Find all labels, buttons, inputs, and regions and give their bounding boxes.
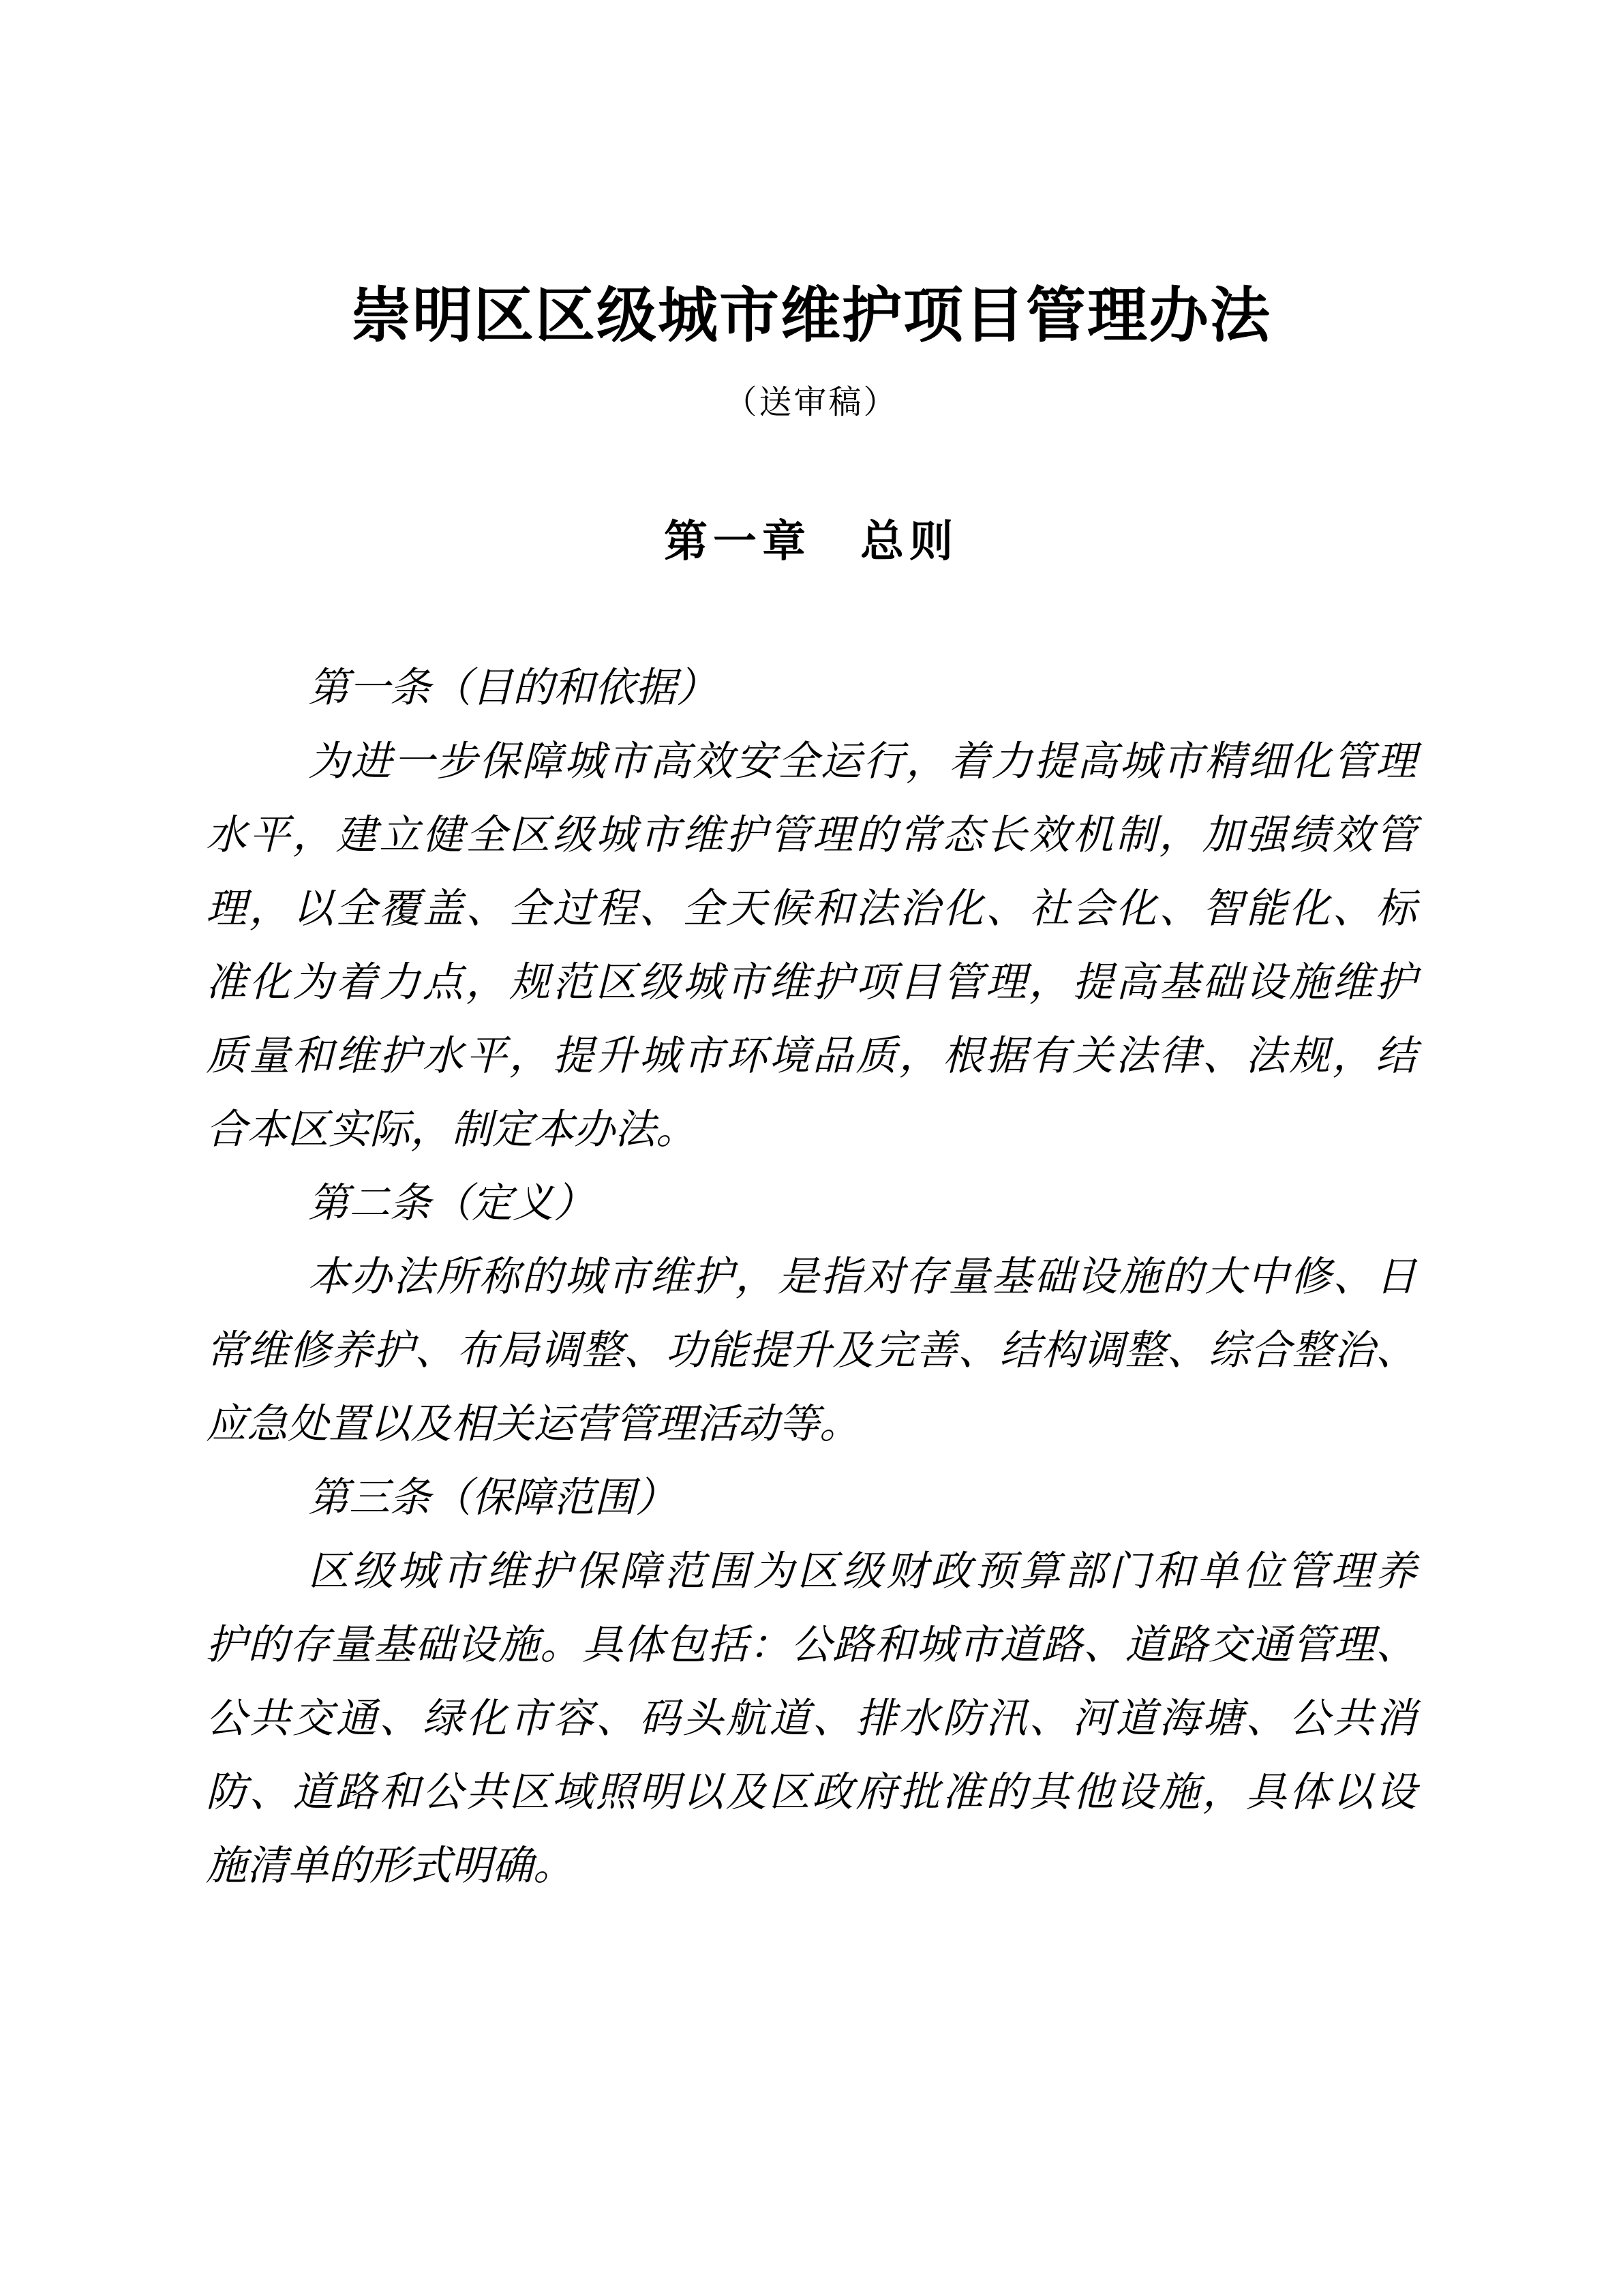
text-line: 第二条（定义） <box>206 1166 1416 1240</box>
document-subtitle: （送审稿） <box>206 382 1416 424</box>
text-line: 公共交通、绿化市容、码头航道、排水防汛、河道海塘、公共消 <box>206 1682 1416 1755</box>
text-line: 合本区实际，制定本办法。 <box>206 1093 1416 1166</box>
document-body: 第一条（目的和依据）为进一步保障城市高效安全运行，着力提高城市精细化管理水平，建… <box>206 651 1416 1903</box>
text-line: 质量和维护水平，提升城市环境品质，根据有关法律、法规，结 <box>206 1019 1416 1093</box>
text-line: 理，以全覆盖、全过程、全天候和法治化、社会化、智能化、标 <box>206 872 1416 946</box>
text-line: 水平，建立健全区级城市维护管理的常态长效机制，加强绩效管 <box>206 798 1416 872</box>
text-line: 为进一步保障城市高效安全运行，着力提高城市精细化管理 <box>206 725 1416 798</box>
text-line: 常维修养护、布局调整、功能提升及完善、结构调整、综合整治、 <box>206 1314 1416 1387</box>
text-line: 护的存量基础设施。具体包括：公路和城市道路、道路交通管理、 <box>206 1608 1416 1682</box>
text-line: 防、道路和公共区域照明以及区政府批准的其他设施，具体以设 <box>206 1755 1416 1829</box>
text-line: 区级城市维护保障范围为区级财政预算部门和单位管理养 <box>206 1535 1416 1608</box>
text-line: 本办法所称的城市维护，是指对存量基础设施的大中修、日 <box>206 1240 1416 1314</box>
text-line: 准化为着力点，规范区级城市维护项目管理，提高基础设施维护 <box>206 946 1416 1019</box>
chapter-heading: 第一章 总则 <box>206 517 1416 567</box>
document-title: 崇明区区级城市维护项目管理办法 <box>206 281 1416 350</box>
text-line: 第一条（目的和依据） <box>206 651 1416 725</box>
text-line: 应急处置以及相关运营管理活动等。 <box>206 1387 1416 1461</box>
text-line: 施清单的形式明确。 <box>206 1829 1416 1903</box>
text-line: 第三条（保障范围） <box>206 1461 1416 1535</box>
document-page: 崇明区区级城市维护项目管理办法 （送审稿） 第一章 总则 第一条（目的和依据）为… <box>0 0 1623 2296</box>
